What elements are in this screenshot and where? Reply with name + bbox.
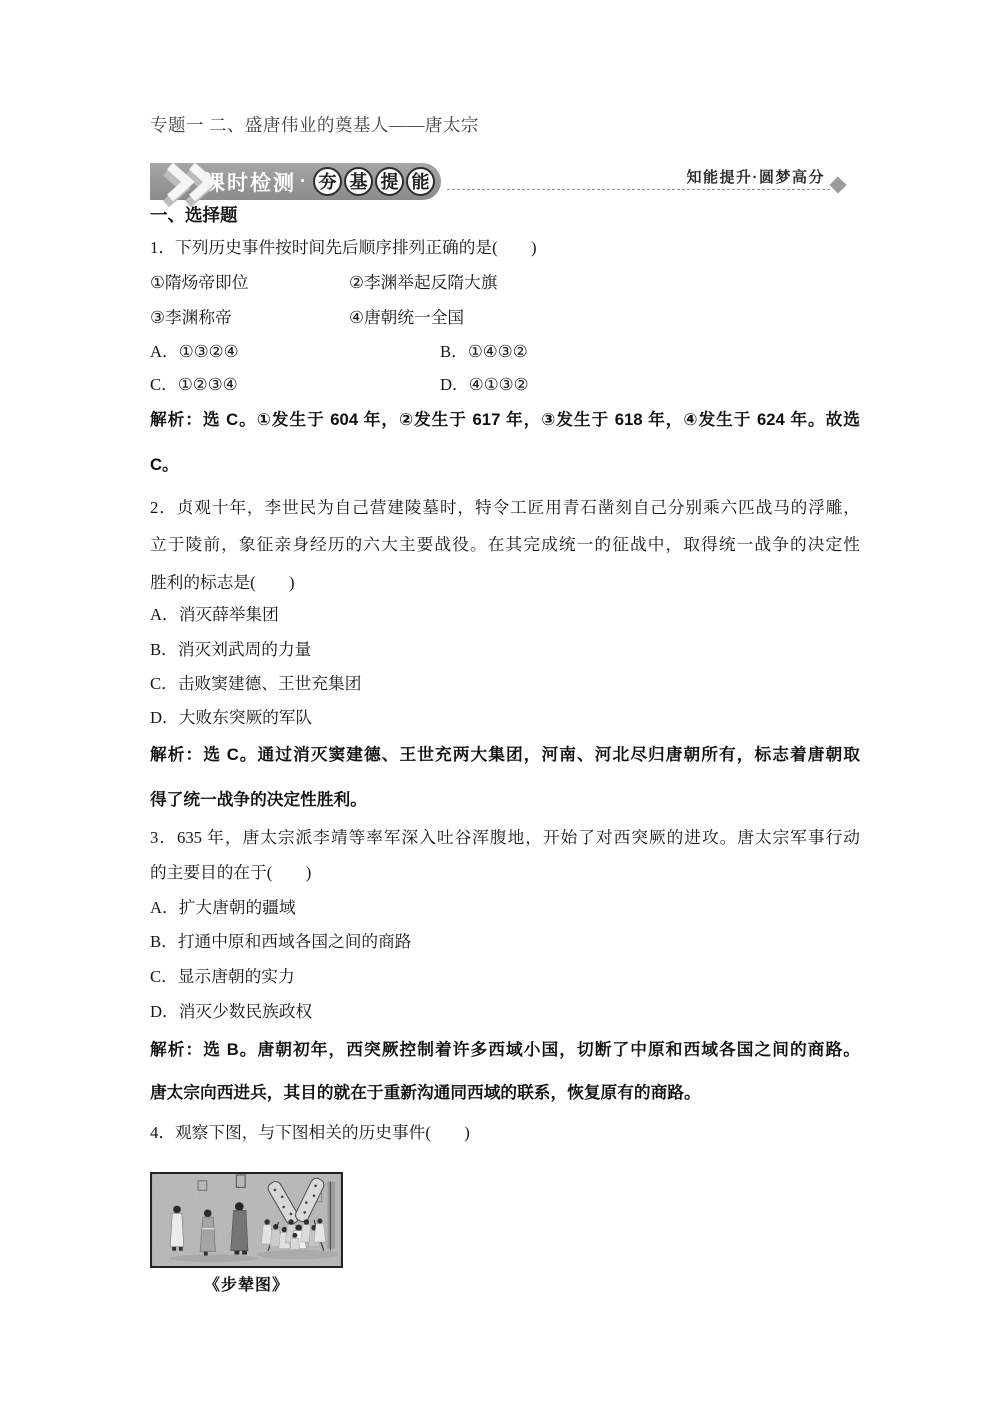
figure-caption: 《步辇图》 xyxy=(150,1272,343,1295)
worksheet-page: { "page": { "header_title": "专题一 二、盛唐伟业的… xyxy=(0,0,1000,1414)
analysis-line: 解析：选 C。通过消灭窦建德、王世充两大集团，河南、河北尽归唐朝所有，标志着唐朝… xyxy=(150,738,860,772)
choice-cell: B．①④③② xyxy=(440,342,528,361)
figure-container xyxy=(150,1172,343,1268)
text-line: C．击败窦建德、王世充集团 xyxy=(150,667,860,701)
analysis-line: 解析：选 B。唐朝初年，西突厥控制着许多西域小国，切断了中原和西域各国之间的商路… xyxy=(150,1033,860,1067)
text-line: 的主要目的在于( ) xyxy=(150,856,860,890)
text-line: 4．观察下图，与下图相关的历史事件( ) xyxy=(150,1116,860,1150)
choice-row: A．①③②④B．①④③② xyxy=(150,335,860,369)
section-heading: 一、选择题 xyxy=(150,198,860,232)
text-line: 1．下列历史事件按时间先后顺序排列正确的是( ) xyxy=(150,231,860,265)
choice-row: ①隋炀帝即位②李渊举起反隋大旗 xyxy=(150,266,860,300)
analysis-line: 解析：选 C。①发生于 604 年，②发生于 617 年，③发生于 618 年，… xyxy=(150,403,860,437)
choice-row: ③李渊称帝④唐朝统一全国 xyxy=(150,301,860,335)
analysis-line: C。 xyxy=(150,448,860,482)
choice-cell: ④唐朝统一全国 xyxy=(349,308,464,327)
choice-row: C．①②③④D．④①③② xyxy=(150,368,860,402)
text-line: D．大败东突厥的军队 xyxy=(150,701,860,735)
text-line: B．消灭刘武周的力量 xyxy=(150,633,860,667)
text-line: A．消灭薛举集团 xyxy=(150,598,860,632)
choice-cell: C．①②③④ xyxy=(150,368,440,402)
choice-cell: A．①③②④ xyxy=(150,335,440,369)
choice-cell: D．④①③② xyxy=(440,375,529,394)
text-line: 3．635 年，唐太宗派李靖等率军深入吐谷浑腹地，开始了对西突厥的进攻。唐太宗军… xyxy=(150,821,860,855)
text-line: C．显示唐朝的实力 xyxy=(150,960,860,994)
text-line: 2．贞观十年，李世民为自己营建陵墓时，特令工匠用青石凿刻自己分别乘六匹战马的浮雕… xyxy=(150,491,860,525)
text-line: D．消灭少数民族政权 xyxy=(150,995,860,1029)
analysis-line: 得了统一战争的决定性胜利。 xyxy=(150,783,860,817)
analysis-line: 唐太宗向西进兵，其目的就在于重新沟通同西域的联系，恢复原有的商路。 xyxy=(150,1076,860,1110)
text-line: 胜利的标志是( ) xyxy=(150,566,860,600)
text-line: A．扩大唐朝的疆域 xyxy=(150,891,860,925)
bunian-painting-image xyxy=(152,1174,341,1266)
text-line: 立于陵前，象征亲身经历的六大主要战役。在其完成统一的征战中，取得统一战争的决定性 xyxy=(150,528,860,562)
choice-cell: ②李渊举起反隋大旗 xyxy=(349,273,497,292)
choice-cell: ③李渊称帝 xyxy=(150,301,349,335)
text-line: B．打通中原和西域各国之间的商路 xyxy=(150,925,860,959)
choice-cell: ①隋炀帝即位 xyxy=(150,266,349,300)
